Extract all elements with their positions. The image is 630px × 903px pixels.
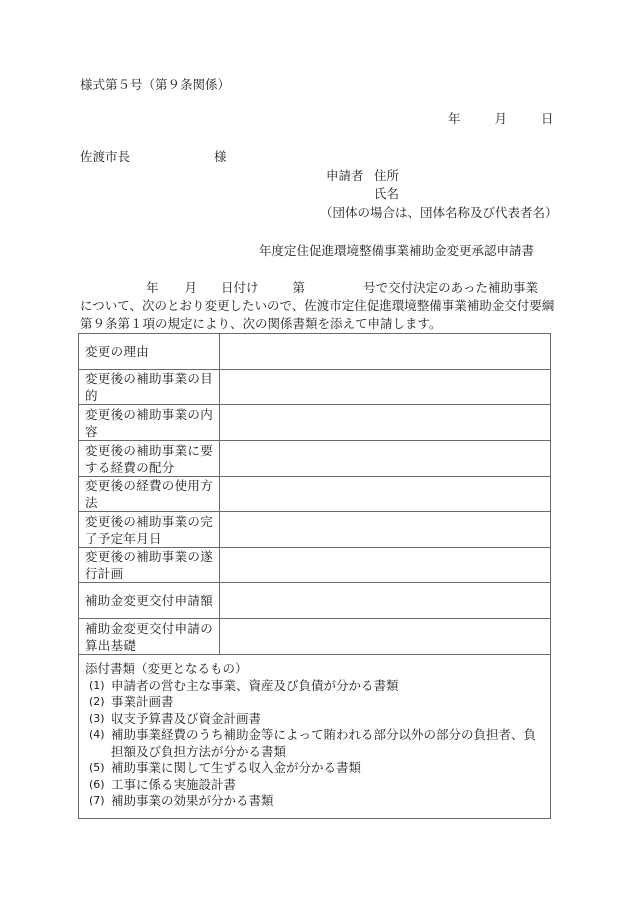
submission-date: 年 月 日 <box>448 113 553 126</box>
row-value-field[interactable] <box>220 477 551 512</box>
row-label: 補助金変更交付申請の算出基礎 <box>79 619 220 655</box>
attachment-item: (2)事業計画書 <box>85 694 544 711</box>
table-row: 変更後の補助事業の遂行計画 <box>79 548 551 583</box>
row-label: 変更後の補助事業の目的 <box>79 370 220 405</box>
addressee: 佐渡市長 様 <box>80 151 130 164</box>
organization-note: （団体の場合は、団体名称及び代表者名） <box>320 207 558 220</box>
table-row: 変更後の補助事業に要する経費の配分 <box>79 441 551 477</box>
applicant-role-label: 申請者 <box>326 170 374 183</box>
row-label: 変更後の補助事業の完了予定年月日 <box>79 512 220 548</box>
row-label: 変更後の補助事業の遂行計画 <box>79 548 220 583</box>
row-label: 補助金変更交付申請額 <box>79 583 220 619</box>
attachment-item: (1)申請者の営む主な事業、資産及び負債が分かる書類 <box>85 678 544 695</box>
attachment-item: (5)補助事業に関して生ずる収入金が分かる書類 <box>85 760 544 777</box>
table-row: 変更後の補助事業の内容 <box>79 405 551 441</box>
addressee-name: 佐渡市長 <box>80 149 130 164</box>
date-year: 年 <box>448 113 461 126</box>
applicant-address-line: 申請者住所 <box>326 170 399 183</box>
attachments-row: 添付書類（変更となるもの） (1)申請者の営む主な事業、資産及び負債が分かる書類… <box>79 655 551 819</box>
row-value-field[interactable] <box>220 370 551 405</box>
attachments-heading: 添付書類（変更となるもの） <box>85 661 544 678</box>
table-row: 変更後の補助事業の完了予定年月日 <box>79 512 551 548</box>
date-day: 日 <box>541 113 554 126</box>
row-value-field[interactable] <box>220 405 551 441</box>
row-value-field[interactable] <box>220 512 551 548</box>
row-label: 変更の理由 <box>79 334 220 370</box>
attachments-cell: 添付書類（変更となるもの） (1)申請者の営む主な事業、資産及び負債が分かる書類… <box>79 655 551 819</box>
document-title: 年度定住促進環境整備事業補助金変更承認申請書 <box>259 245 534 258</box>
date-month: 月 <box>494 113 507 126</box>
address-label: 住所 <box>374 168 399 183</box>
row-label: 変更後の補助事業に要する経費の配分 <box>79 441 220 477</box>
row-value-field[interactable] <box>220 334 551 370</box>
attachment-item: (6)工事に係る実施設計書 <box>85 777 544 794</box>
change-details-table: 変更の理由 変更後の補助事業の目的 変更後の補助事業の内容 変更後の補助事業に要… <box>78 333 551 819</box>
row-value-field[interactable] <box>220 441 551 477</box>
table-row: 変更後の補助事業の目的 <box>79 370 551 405</box>
table-row: 変更後の経費の使用方法 <box>79 477 551 512</box>
table-row: 補助金変更交付申請額 <box>79 583 551 619</box>
body-paragraph: 年月日付け第号で交付決定のあった補助事業 について、次のとおり変更したいので、佐… <box>80 279 555 333</box>
row-value-field[interactable] <box>220 548 551 583</box>
attachment-item: (7)補助事業の効果が分かる書類 <box>85 793 544 810</box>
row-value-field[interactable] <box>220 619 551 655</box>
form-number: 様式第５号（第９条関係） <box>80 79 230 92</box>
attachment-item: (4)補助事業経費のうち補助金等によって賄われる部分以外の部分の負担者、負担額及… <box>85 727 544 760</box>
row-label: 変更後の補助事業の内容 <box>79 405 220 441</box>
row-value-field[interactable] <box>220 583 551 619</box>
row-label: 変更後の経費の使用方法 <box>79 477 220 512</box>
table-row: 変更の理由 <box>79 334 551 370</box>
table-row: 補助金変更交付申請の算出基礎 <box>79 619 551 655</box>
body-line-2: について、次のとおり変更したいので、佐渡市定住促進環境整備事業補助金交付要綱 <box>80 297 555 315</box>
body-line-1: 年月日付け第号で交付決定のあった補助事業 <box>80 279 555 297</box>
body-line-3: 第９条第１項の規定により、次の関係書類を添えて申請します。 <box>80 315 555 333</box>
addressee-honorific: 様 <box>214 151 227 164</box>
attachment-item: (3)収支予算書及び資金計画書 <box>85 711 544 728</box>
applicant-name-label: 氏名 <box>374 188 399 201</box>
